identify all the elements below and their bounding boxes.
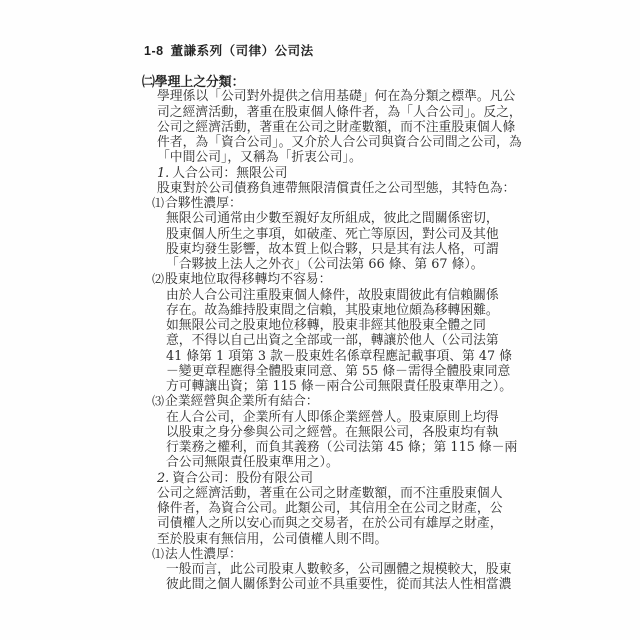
paragraph: 在人合公司，企業所有人即係企業經營人。股東原則上均得以股東之身分參與公司之經營。… xyxy=(142,410,526,471)
paragraph: 股東對於公司債務負連帶無限清償責任之公司型態，其特色為： xyxy=(142,181,526,196)
text-line: 股東對於公司債務負連帶無限清償責任之公司型態，其特色為： xyxy=(157,181,526,196)
list-marker: ㈡ xyxy=(142,74,155,89)
text-line: 由於人合公司注重股東個人條件，故股東間彼此有信賴關係 xyxy=(166,288,526,303)
text-line: －變更章程應得全體股東同意、第 55 條－需得全體股東同意 xyxy=(166,364,526,379)
page-number: 1-8 xyxy=(144,44,164,58)
section-heading: ⑶企業經營與企業所有結合： xyxy=(142,394,526,409)
heading-text: 股東地位取得移轉均不容易： xyxy=(165,272,331,287)
series-title: 董謙系列（司律）公司法 xyxy=(171,44,314,58)
heading-text: 學理上之分類： xyxy=(155,74,245,89)
text-line: 一般而言，此公司股東人數較多，公司團體之規模較大，股東 xyxy=(166,562,526,577)
section-heading: ㈡學理上之分類： xyxy=(142,74,526,89)
text-line: 司債權人之所以安心而與之交易者，在於公司有雄厚之財產， xyxy=(157,516,526,531)
section-heading: ⑴合夥性濃厚： xyxy=(142,196,526,211)
text-line: 公司之經濟活動，著重在公司之財產數額，而不注重股東個人 xyxy=(157,486,526,501)
text-line: 件者，為「資合公司」。又介於人合公司與資合公司間之公司，為 xyxy=(157,135,526,150)
text-line: 公司之經濟活動，著重在公司之財產數額，而不注重股東個人條 xyxy=(157,120,526,135)
text-line: 「合夥披上法人之外衣」（公司法第 66 條、第 67 條）。 xyxy=(166,257,526,272)
text-line: 股東均發生影響，故本質上似合夥，只是其有法人格，可謂 xyxy=(166,242,526,257)
text-line: 條件者，為資合公司。此類公司，其信用全在公司之財產，公 xyxy=(157,501,526,516)
section-heading: ⑴法人性濃厚： xyxy=(142,547,526,562)
heading-text: 法人性濃厚： xyxy=(165,547,242,562)
text-line: 意，不得以自己出資之全部或一部，轉讓於他人（公司法第 xyxy=(166,333,526,348)
paragraph: 學理係以「公司對外提供之信用基礎」何在為分類之標準。凡公司之經濟活動，著重在股東… xyxy=(142,89,526,165)
text-line: 「中間公司」，又稱為「折衷公司」。 xyxy=(157,150,526,165)
paragraph: 無限公司通常由少數至親好友所組成，彼此之間關係密切，股東個人所生之事項，如破產、… xyxy=(142,211,526,272)
list-marker: ⑵ xyxy=(152,272,165,286)
heading-text: 資合公司：股份有限公司 xyxy=(172,471,313,486)
list-marker: ⑴ xyxy=(152,196,165,210)
text-line: 股東個人所生之事項，如破產、死亡等原因，對公司及其他 xyxy=(166,227,526,242)
list-marker: 2. xyxy=(157,471,172,486)
list-marker: ⑴ xyxy=(152,547,165,561)
paragraph: 由於人合公司注重股東個人條件，故股東間彼此有信賴關係存在。故為維持股東間之信賴，… xyxy=(142,288,526,395)
text-line: 存在。故為維持股東間之信賴，其股東地位頗為移轉困難。 xyxy=(166,303,526,318)
section-heading: 1.人合公司：無限公司 xyxy=(142,166,526,181)
text-line: 無限公司通常由少數至親好友所組成，彼此之間關係密切， xyxy=(166,211,526,226)
text-line: 在人合公司，企業所有人即係企業經營人。股東原則上均得 xyxy=(166,410,526,425)
text-line: 41 條第 1 項第 3 款－股東姓名係章程應記載事項、第 47 條 xyxy=(166,349,526,364)
paragraph: 一般而言，此公司股東人數較多，公司團體之規模較大，股東彼此間之個人關係對公司並不… xyxy=(142,562,526,593)
heading-text: 人合公司：無限公司 xyxy=(172,166,287,181)
page-header: 1-8董謙系列（司律）公司法 xyxy=(144,41,314,59)
book-page: 1-8董謙系列（司律）公司法 ㈡學理上之分類：學理係以「公司對外提供之信用基礎」… xyxy=(0,0,640,640)
list-marker: 1. xyxy=(157,166,172,181)
text-line: 彼此間之個人關係對公司並不具重要性，從而其法人性相當濃 xyxy=(166,577,526,592)
heading-text: 企業經營與企業所有結合： xyxy=(165,394,319,409)
heading-text: 合夥性濃厚： xyxy=(165,196,242,211)
text-line: 學理係以「公司對外提供之信用基礎」何在為分類之標準。凡公 xyxy=(157,89,526,104)
text-line: 至於股東有無信用，公司債權人則不問。 xyxy=(157,532,526,547)
paragraph: 公司之經濟活動，著重在公司之財產數額，而不注重股東個人條件者，為資合公司。此類公… xyxy=(142,486,526,547)
text-line: 如無限公司之股東地位移轉，股東非經其他股東全體之同 xyxy=(166,318,526,333)
section-heading: ⑵股東地位取得移轉均不容易： xyxy=(142,272,526,287)
text-line: 司之經濟活動，著重在股東個人條件者，為「人合公司」。反之， xyxy=(157,105,526,120)
text-line: 合公司無限責任股東準用之）。 xyxy=(166,455,526,470)
text-line: 方可轉讓出資；第 115 條－兩合公司無限責任股東準用之）。 xyxy=(166,379,526,394)
text-line: 以股東之身分參與公司之經營。在無限公司，各股東均有執 xyxy=(166,425,526,440)
section-heading: 2.資合公司：股份有限公司 xyxy=(142,471,526,486)
document-body: ㈡學理上之分類：學理係以「公司對外提供之信用基礎」何在為分類之標準。凡公司之經濟… xyxy=(142,74,526,593)
text-line: 行業務之權利，而負其義務（公司法第 45 條；第 115 條－兩 xyxy=(166,440,526,455)
list-marker: ⑶ xyxy=(152,394,165,408)
